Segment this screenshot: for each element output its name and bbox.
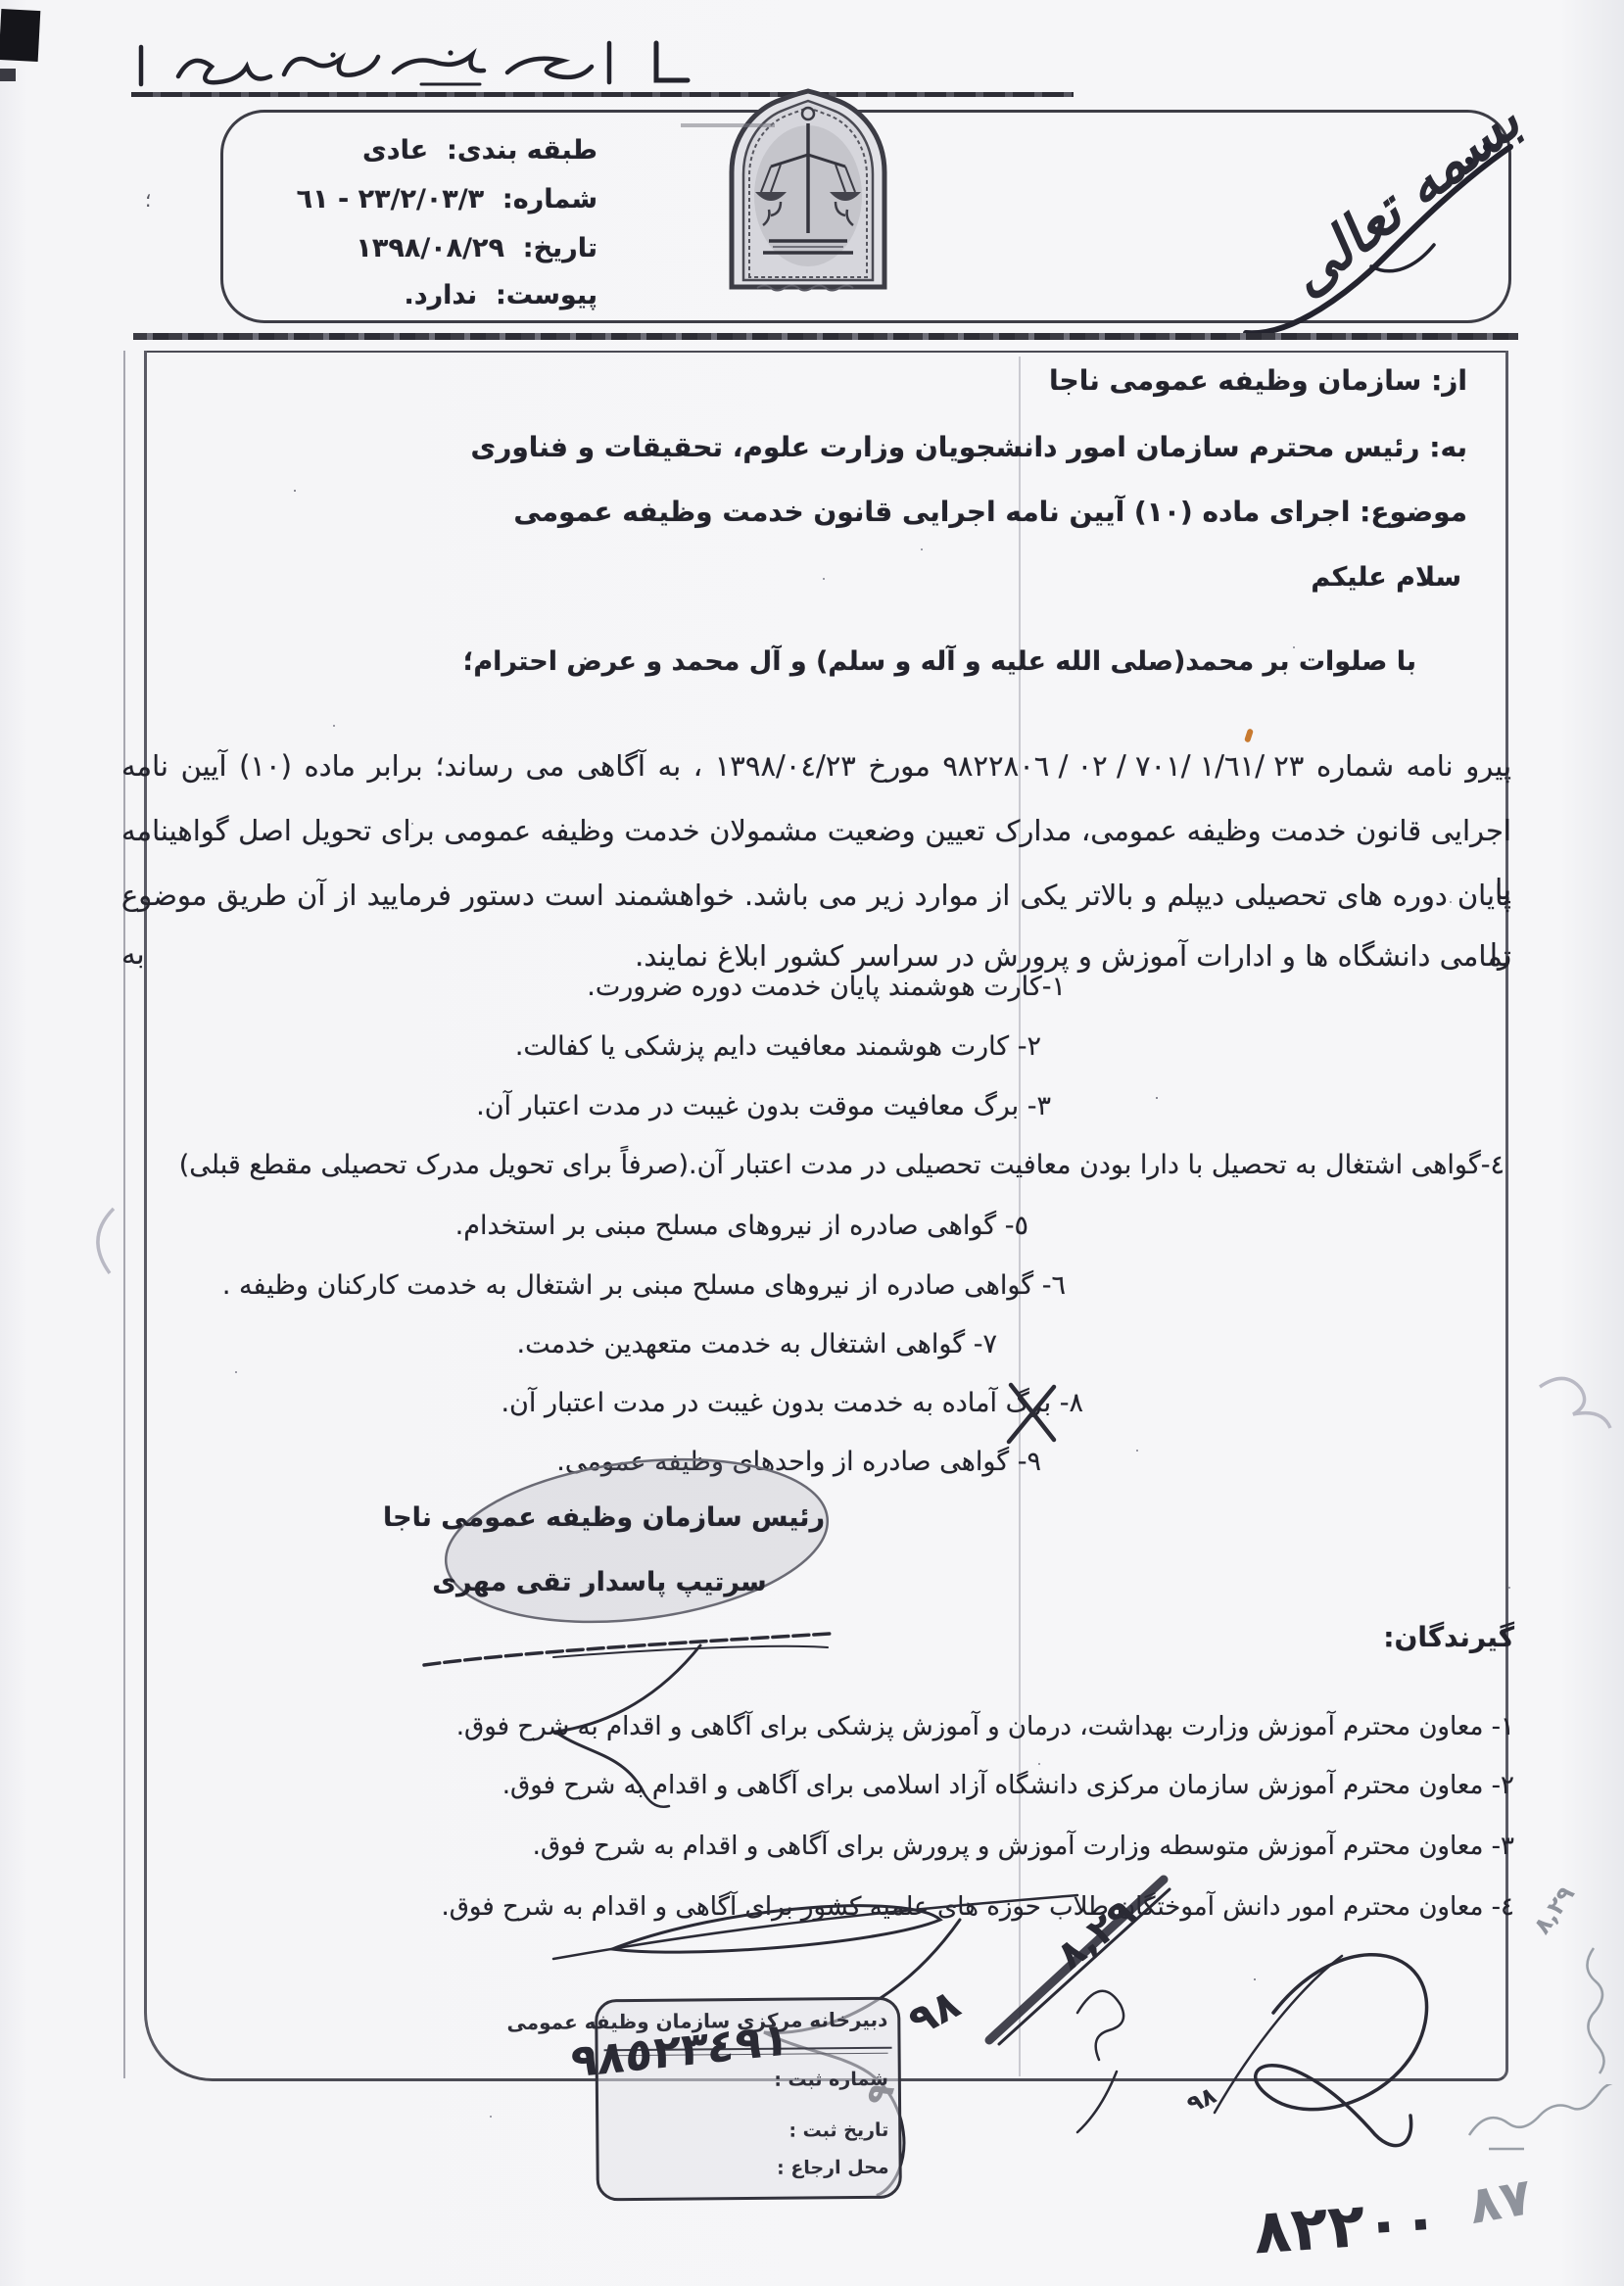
list-item-7: ٧- گواهی اشتغال به خدمت متعهدین خدمت. bbox=[516, 1329, 997, 1359]
attachment-label: پیوست: bbox=[496, 280, 597, 310]
invocation: با صلوات بر محمد(صلی الله علیه و آله و س… bbox=[463, 646, 1416, 677]
top-rule bbox=[131, 92, 1074, 97]
reference-number: ٢٣ /١/٦١ /٧٠١ / ٠٢ / ٩٨٢٢٨٠٦ bbox=[942, 737, 1304, 795]
classification-line: طبقه بندی: عادی bbox=[362, 135, 597, 166]
signature-title: رئیس سازمان وظیفه عمومی ناجا bbox=[460, 1502, 825, 1533]
stamp-referral-label: محل ارجاع : bbox=[777, 2157, 889, 2179]
number-value: ٢٣/٢/٠٣/٣ - ٦١ bbox=[297, 184, 484, 214]
to-line: به: رئیس محترم سازمان امور دانشجویان وزا… bbox=[471, 431, 1467, 463]
stamp-reg-date-label: تاریخ ثبت : bbox=[788, 2119, 888, 2142]
letter-frame-inner-line bbox=[123, 351, 125, 2078]
recipients-label: گیرندگان: bbox=[1383, 1621, 1514, 1653]
list-item-3: ٣- برگ معافیت موقت بدون غیبت در مدت اعتب… bbox=[476, 1091, 1051, 1121]
body-intro: پیرو نامه شماره bbox=[1316, 749, 1511, 783]
scan-artifact-corner bbox=[0, 9, 40, 62]
stray-punct: ؛ bbox=[145, 188, 151, 212]
body-line1-tail: ، به آگاهی می رساند؛ برابر ماده (١٠) آیی… bbox=[121, 749, 702, 783]
list-item-8: ٨- برگ آماده به خدمت بدون غیبت در مدت اع… bbox=[501, 1388, 1083, 1418]
date-line: تاریخ: ١٣٩٨/٠٨/٢٩ bbox=[356, 233, 597, 263]
corner-number: ٨٢٢٠٠ bbox=[1252, 2183, 1442, 2267]
pencil-script-right-edge bbox=[1562, 1944, 1621, 2091]
attachment-value: ندارد. bbox=[405, 280, 478, 310]
scanned-letter-page: طبقه بندی: عادی شماره: ٢٣/٢/٠٣/٣ - ٦١ تا… bbox=[0, 0, 1624, 2286]
pencil-date-mark: ٨,٢٩ bbox=[1528, 1881, 1580, 1939]
corner-number-pencil: ٨٧ bbox=[1464, 2167, 1536, 2236]
number-line: شماره: ٢٣/٢/٠٣/٣ - ٦١ bbox=[297, 184, 597, 214]
handwritten-note-top bbox=[127, 33, 813, 94]
salutation: سلام علیکم bbox=[1311, 562, 1461, 593]
reference-date: ١٣٩٨/٠٤/٢٣ bbox=[715, 737, 856, 795]
besmellah-flourish bbox=[1224, 98, 1557, 343]
margin-mark-right bbox=[1530, 1367, 1618, 1446]
scan-streak bbox=[681, 123, 775, 127]
list-item-1: ١-کارت هوشمند پایان خدمت دوره ضرورت. bbox=[587, 972, 1066, 1002]
list-item-5: ٥- گواهی صادره از نیروهای مسلح مبنی بر ا… bbox=[455, 1211, 1028, 1241]
list-item-2: ٢- کارت هوشمند معافیت دایم پزشکی یا کفال… bbox=[515, 1031, 1041, 1062]
morekh-word: مورخ bbox=[868, 749, 930, 783]
pencil-script-bottom bbox=[1461, 2084, 1624, 2158]
date-value: ١٣٩٨/٠٨/٢٩ bbox=[356, 233, 504, 263]
scan-artifact-corner-2 bbox=[0, 69, 16, 81]
classification-value: عادی bbox=[362, 135, 428, 166]
attachment-line: پیوست: ندارد. bbox=[405, 280, 598, 310]
from-line: از: سازمان وظیفه عمومی ناجا bbox=[1049, 364, 1467, 397]
list-item-6: ٦- گواهی صادره از نیروهای مسلح مبنی بر ا… bbox=[222, 1270, 1066, 1301]
number-label: شماره: bbox=[502, 184, 597, 214]
recipient-3: ٣- معاون محترم آموزش متوسطه وزارت آموزش … bbox=[533, 1832, 1514, 1861]
list-item-4: ٤-گواهی اشتغال به تحصیل با دارا بودن معا… bbox=[179, 1150, 1505, 1180]
classification-label: طبقه بندی: bbox=[447, 135, 597, 166]
recipient-2: ٢- معاون محترم آموزش سازمان مرکزی دانشگا… bbox=[502, 1771, 1514, 1800]
stamp-reg-number-label: شماره ثبت : bbox=[774, 2069, 888, 2091]
date-label: تاریخ: bbox=[523, 233, 597, 263]
margin-mark-left bbox=[74, 1203, 123, 1281]
signature-name: سرتیپ پاسدار تقی مهری bbox=[411, 1567, 788, 1597]
recipient-1: ١- معاون محترم آموزش وزارت بهداشت، درمان… bbox=[456, 1712, 1514, 1741]
naja-emblem-logo bbox=[720, 86, 896, 300]
x-mark-annotation bbox=[997, 1375, 1070, 1452]
subject-line: موضوع: اجرای ماده (١٠) آیین نامه اجرایی … bbox=[513, 496, 1467, 528]
scan-noise bbox=[294, 490, 296, 492]
body-line-1: پیرو نامه شماره ٢٣ /١/٦١ /٧٠١ / ٠٢ / ٩٨٢… bbox=[121, 737, 1511, 795]
letter-top-rule-thick bbox=[133, 333, 1518, 340]
